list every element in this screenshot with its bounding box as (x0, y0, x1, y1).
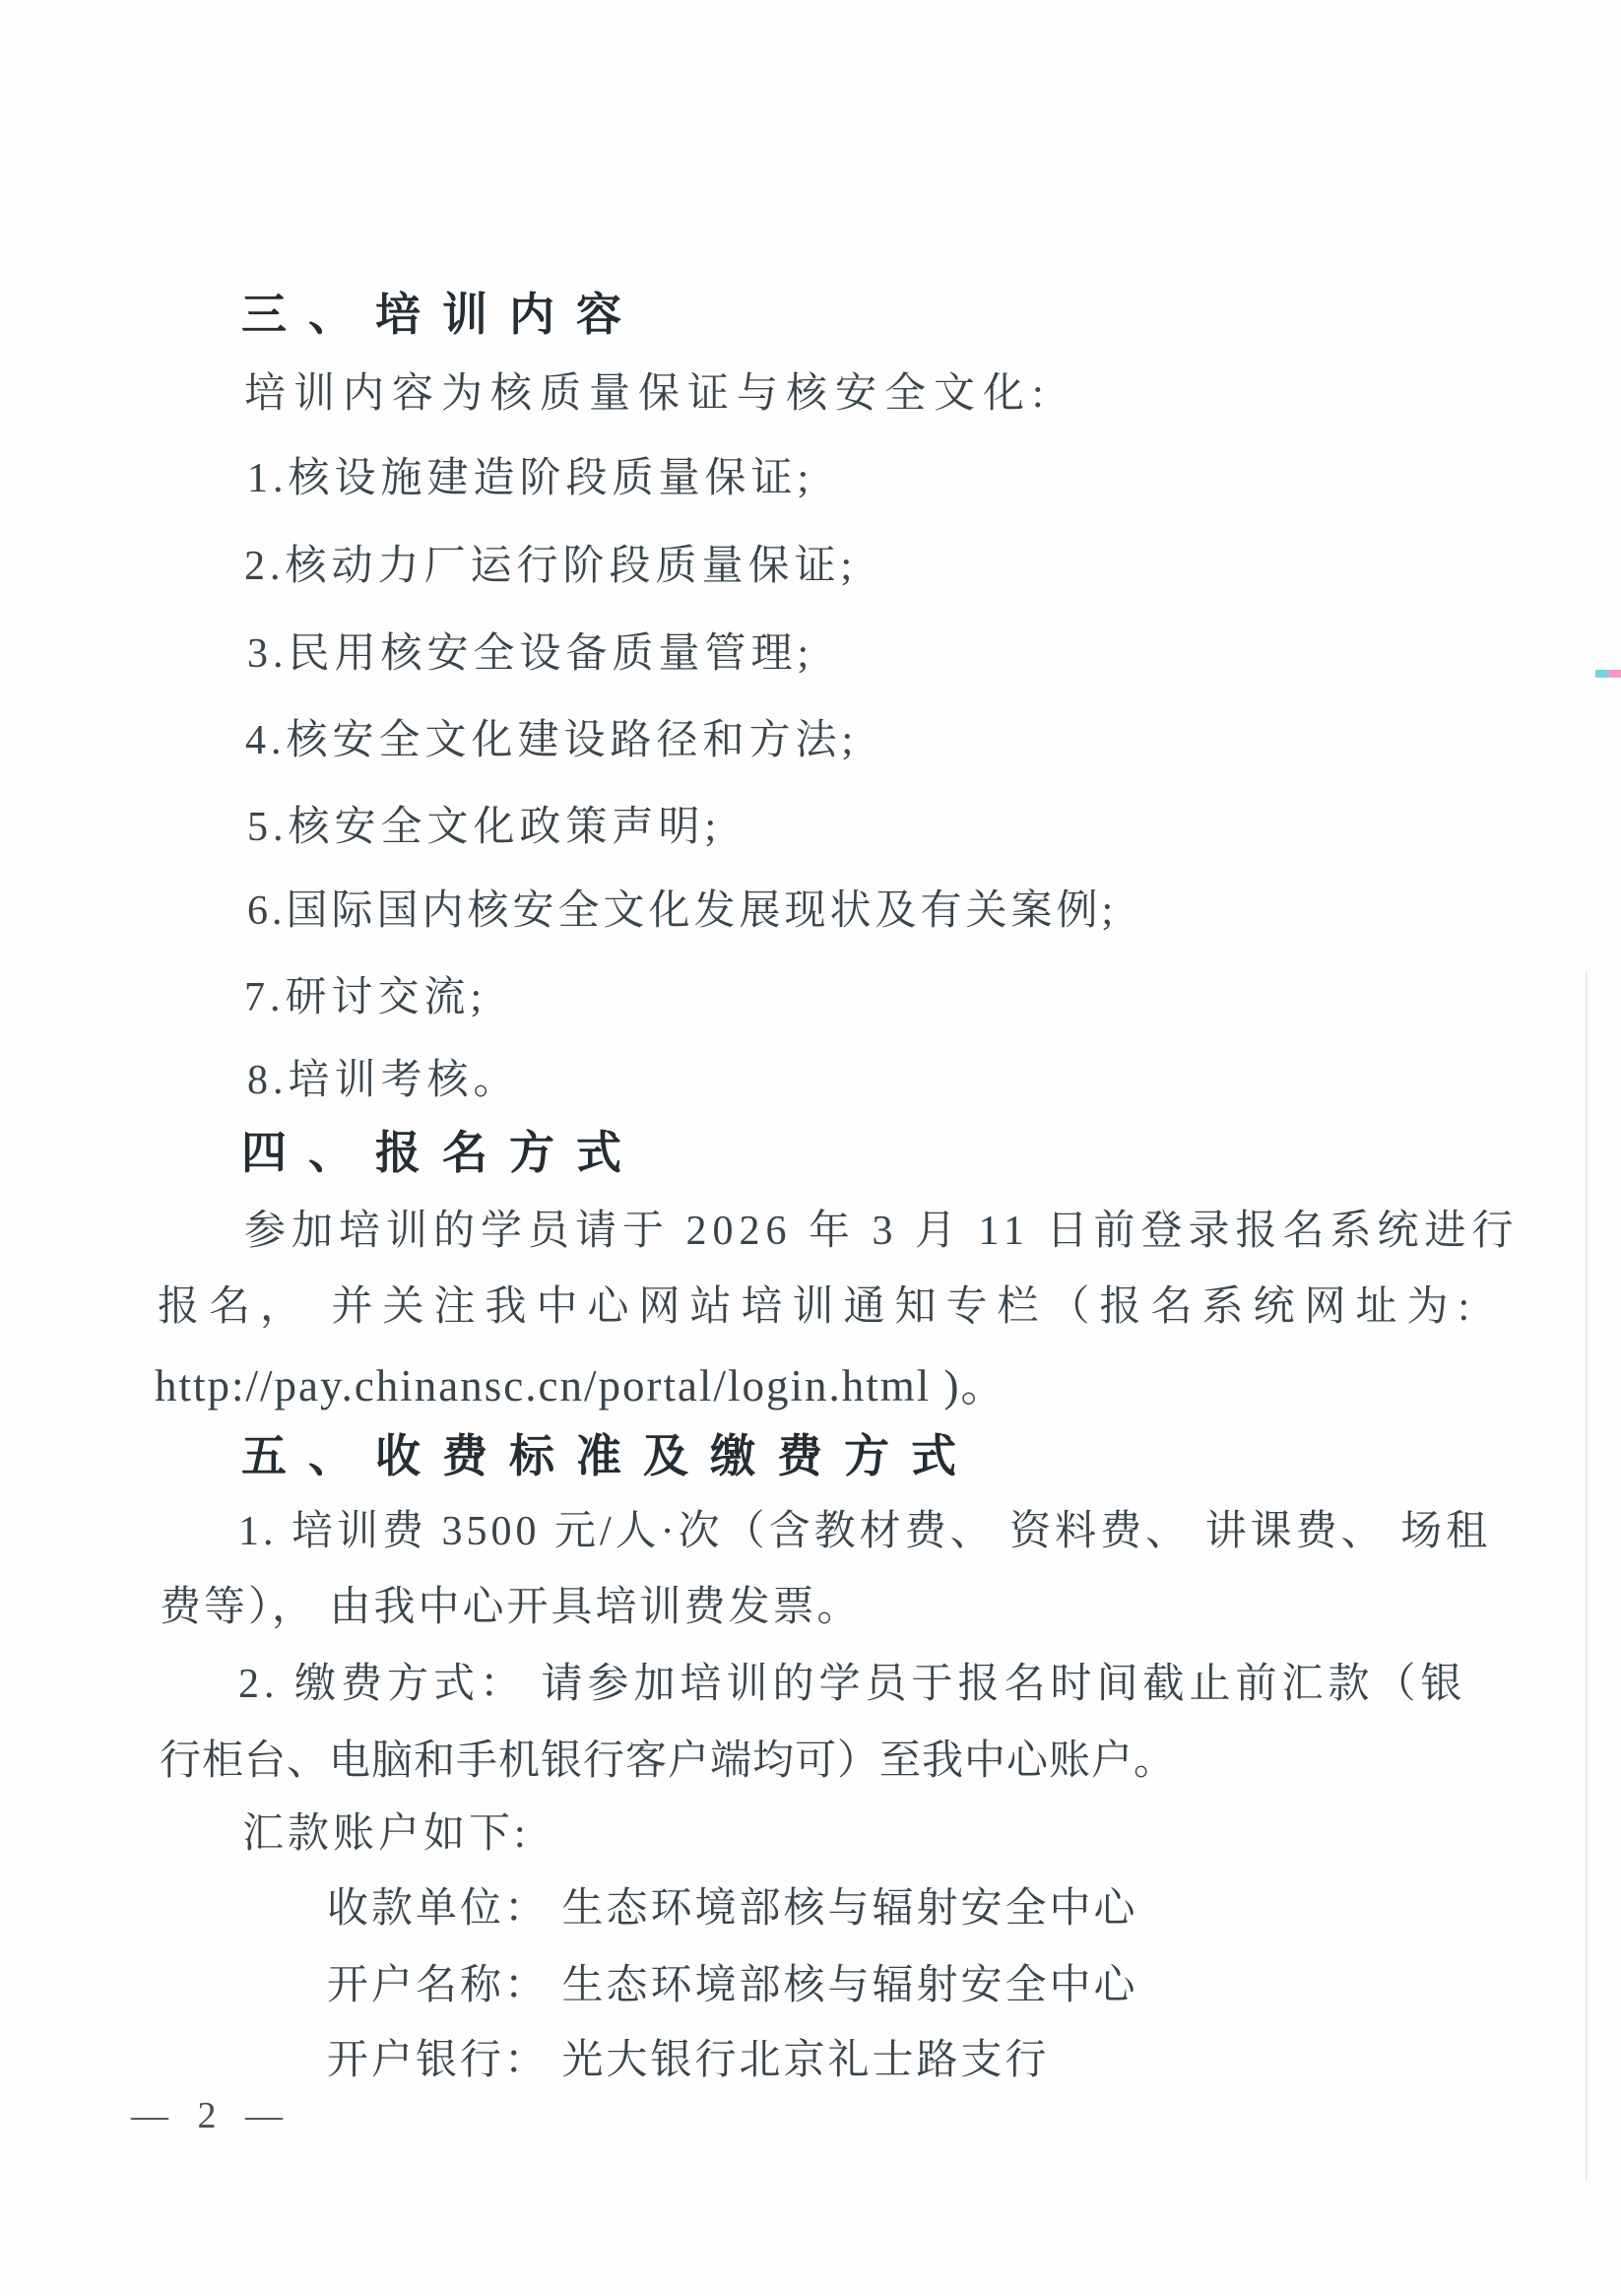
section3-item-4: 4.核安全文化建设路径和方法; (245, 707, 858, 766)
section3-item-2: 2.核动力厂运行阶段质量保证; (244, 533, 857, 592)
page-number: — 2 — (131, 2094, 292, 2137)
section3-item-5: 5.核安全文化政策声明; (247, 794, 721, 853)
section4-paragraph-line2: 报名， 并关注我中心网站培训通知专栏（报名系统网址为: (158, 1274, 1479, 1333)
section5-heading: 五、收费标准及缴费方式 (241, 1420, 978, 1485)
scanned-document-page: { "colors": { "ink": "#39444b", "mark_cy… (0, 0, 1621, 2296)
section4-paragraph-line1: 参加培训的学员请于 2026 年 3 月 11 日前登录报名系统进行 (244, 1198, 1519, 1257)
section3-intro: 培训内容为核质量保证与核安全文化: (244, 361, 1052, 420)
paper-background: 三、培训内容 培训内容为核质量保证与核安全文化: 1.核设施建造阶段质量保证; … (0, 0, 1621, 2296)
section3-item-6: 6.国际国内核安全文化发展现状及有关案例; (247, 878, 1117, 937)
section5-item1-line1: 1. 培训费 3500 元/人·次（含教材费、 资料费、 讲课费、 场租 (238, 1498, 1491, 1557)
section4-heading: 四、报名方式 (241, 1117, 643, 1182)
account-line-bank: 开户银行： 光大银行北京礼士路支行 (327, 2027, 1050, 2086)
account-line-account-name: 开户名称： 生态环境部核与辐射安全中心 (327, 1952, 1138, 2011)
section3-item-3: 3.民用核安全设备质量管理; (247, 621, 813, 680)
account-line-payee: 收款单位： 生态环境部核与辐射安全中心 (327, 1875, 1138, 1935)
remittance-intro: 汇款账户如下: (242, 1801, 530, 1860)
section3-item-7: 7.研讨交流; (244, 964, 486, 1023)
section3-heading: 三、培训内容 (241, 279, 643, 344)
section5-item2-line2: 行柜台、电脑和手机银行客户端均可）至我中心账户。 (160, 1728, 1176, 1787)
section3-item-8: 8.培训考核。 (247, 1047, 520, 1106)
registration-url-text: http://pay.chinansc.cn/portal/login.html… (155, 1349, 1006, 1413)
section5-item1-line2: 费等）， 由我中心开具培训费发票。 (160, 1574, 862, 1633)
scan-color-mark (1595, 670, 1621, 678)
section5-item2-line1: 2. 缴费方式： 请参加培训的学员于报名时间截止前汇款（银 (238, 1651, 1467, 1710)
section3-item-1: 1.核设施建造阶段质量保证; (247, 445, 813, 504)
scan-edge-artifact-line (1586, 970, 1588, 2182)
